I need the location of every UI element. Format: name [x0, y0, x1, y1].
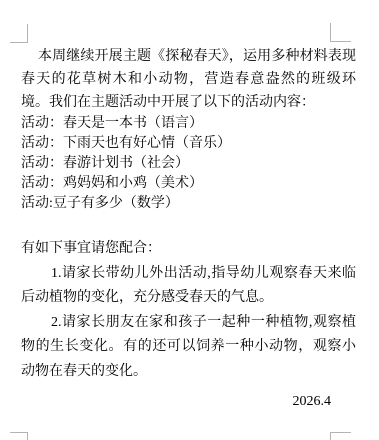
- crop-mark-top-right-icon: [330, 23, 351, 42]
- crop-mark-bottom-right-icon: [330, 432, 351, 440]
- activity-line-art: 活动：鸡妈妈和小鸡（美术）: [21, 174, 356, 194]
- activity-line-music: 活动：下雨天也有好心情（音乐）: [21, 134, 356, 154]
- cooperation-section: 有如下事宜请您配合： 1.请家长带幼儿外出活动,指导幼儿观察春天来临后动植物的变…: [21, 237, 356, 415]
- document-body: 本周继续开展主题《探秘春天》，运用多种材料表现春天的花草树木和小动物，营造春意盎…: [21, 45, 356, 415]
- intro-paragraph: 本周继续开展主题《探秘春天》，运用多种材料表现春天的花草树木和小动物，营造春意盎…: [21, 45, 356, 114]
- cooperation-item-1: 1.请家长带幼儿外出活动,指导幼儿观察春天来临后动植物的变化，充分感受春天的气息…: [21, 262, 356, 311]
- blank-line: [21, 214, 356, 237]
- crop-mark-top-left-icon: [10, 24, 28, 43]
- cooperation-item-2: 2.请家长朋友在家和孩子一起种一种植物,观察植物的生长变化。有的还可以饲养一种小…: [21, 311, 356, 385]
- activity-line-language: 活动：春天是一本书（语言）: [21, 114, 356, 134]
- activity-line-society: 活动：春游计划书（社会）: [21, 154, 356, 174]
- crop-mark-bottom-left-icon: [10, 432, 28, 440]
- activity-line-math: 活动:豆子有多少（数学）: [21, 194, 356, 214]
- date-text: 2026.4: [21, 390, 331, 415]
- cooperation-heading: 有如下事宜请您配合：: [21, 237, 356, 262]
- activity-list: 活动：春天是一本书（语言） 活动：下雨天也有好心情（音乐） 活动：春游计划书（社…: [21, 114, 356, 214]
